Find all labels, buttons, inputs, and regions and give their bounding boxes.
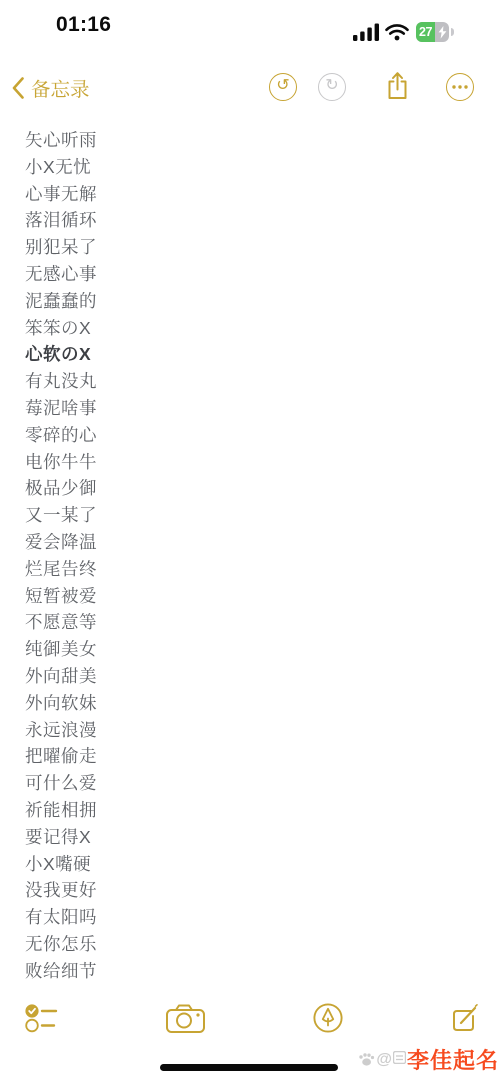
note-line: 无你怎乐 [25,931,465,958]
compose-icon [449,1003,480,1034]
battery-fill: 27 [416,22,435,42]
note-line: 无感心事 [25,261,465,288]
note-line: 矢心听雨 [25,127,465,154]
watermark: @ 李佳起名 [358,1044,499,1075]
share-button[interactable] [384,70,411,102]
note-line: 永远浪漫 [25,717,465,744]
note-line: 烂尾告终 [25,556,465,583]
home-indicator[interactable] [160,1064,338,1071]
note-line: 不愿意等 [25,609,465,636]
note-line: 有太阳吗 [25,904,465,931]
paw-print-icon [358,1052,375,1067]
charging-bolt-icon [438,26,447,39]
battery-charging-icon: 27 [416,22,449,42]
compose-button[interactable] [449,1003,480,1034]
note-line: 零碎的心 [25,422,465,449]
watermark-text: 李佳起名 [407,1044,499,1075]
note-line: 外向软妹 [25,690,465,717]
note-line: 莓泥啥事 [25,395,465,422]
camera-icon [165,1003,206,1034]
more-button[interactable] [446,73,474,101]
battery-bolt-area [435,22,449,42]
note-line: 心软のX [25,341,465,368]
bottom-toolbar [0,997,500,1039]
more-ellipsis-icon [446,73,474,101]
watermark-logo-icon [393,1051,406,1069]
watermark-at-symbol: @ [376,1051,392,1069]
note-line: 泥蠢蠢的 [25,288,465,315]
note-line: 又一某了 [25,502,465,529]
note-line: 有丸没丸 [25,368,465,395]
note-line: 小X嘴硬 [25,851,465,878]
battery-cap [451,28,454,36]
note-line: 心事无解 [25,181,465,208]
note-line: 把曜偷走 [25,743,465,770]
note-line: 可什么爱 [25,770,465,797]
note-body[interactable]: 矢心听雨小X无忧心事无解落泪循环别犯呆了无感心事泥蠢蠢的笨笨のX心软のX有丸没丸… [25,127,465,985]
undo-button[interactable]: ↺ [269,73,297,101]
redo-button[interactable]: ↻ [318,73,346,101]
notes-app-screen: 01:16 27 备忘录 [0,0,500,1084]
note-line: 纯御美女 [25,636,465,663]
camera-button[interactable] [165,1003,206,1034]
note-line: 笨笨のX [25,315,465,342]
note-line: 败给细节 [25,958,465,985]
checklist-icon [24,1002,60,1034]
undo-icon: ↺ [269,73,297,101]
note-line: 电你牛牛 [25,449,465,476]
note-line: 没我更好 [25,877,465,904]
note-line: 短暂被爱 [25,583,465,610]
battery-percent: 27 [419,25,432,39]
markup-pen-icon [312,1002,344,1034]
note-line: 落泪循环 [25,207,465,234]
cellular-signal-icon [353,23,380,46]
back-button[interactable]: 备忘录 [12,74,90,102]
redo-icon: ↻ [318,73,346,101]
back-label: 备忘录 [31,74,90,102]
note-line: 小X无忧 [25,154,465,181]
note-line: 要记得X [25,824,465,851]
share-icon [384,70,411,102]
note-line: 外向甜美 [25,663,465,690]
wifi-icon [385,24,409,46]
checklist-button[interactable] [24,1002,60,1034]
status-time: 01:16 [56,13,116,37]
back-chevron-icon [12,77,24,99]
note-line: 爱会降温 [25,529,465,556]
note-line: 祈能相拥 [25,797,465,824]
note-line: 极品少御 [25,475,465,502]
note-line: 别犯呆了 [25,234,465,261]
markup-button[interactable] [312,1002,344,1034]
